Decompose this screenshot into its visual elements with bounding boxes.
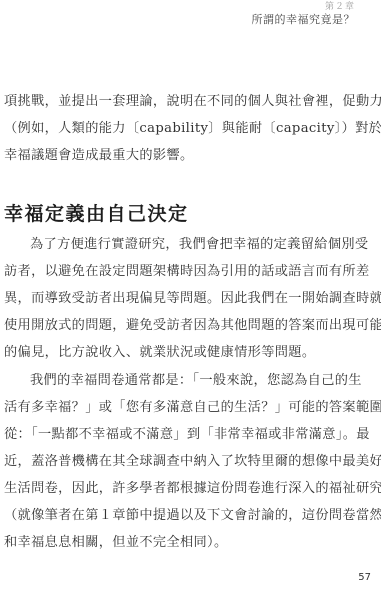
section-heading: 幸福定義由自己決定 <box>4 203 189 225</box>
text-line: 幸福議題會造成最重大的影響。 <box>4 148 344 164</box>
chapter-title: 所謂的幸福究竟是？ <box>252 13 356 26</box>
text-line: 近，蓋洛普機構在其全球調查中納入了坎特里爾的想像中最美好 <box>4 454 344 470</box>
page-number: 57 <box>358 572 371 583</box>
running-header: 第２章 所謂的幸福究竟是？ <box>252 2 356 26</box>
text-line: （例如，人類的能力〔capability〕與能耐〔capacity〕）對於哪些 <box>4 121 344 137</box>
text-line: 使用開放式的問題，避免受訪者因為其他問題的答案而出現可能 <box>4 318 344 334</box>
text-line: 項挑戰，並提出一套理論，說明在不同的個人與社會裡，促動力 <box>4 94 344 110</box>
text-line: 和幸福息息相關，但並不完全相同）。 <box>4 535 344 551</box>
text-line: 我們的幸福問卷通常都是：「一般來說，您認為自己的生 <box>30 373 370 389</box>
text-line: 從：「一點都不幸福或不滿意」到「非常幸福或非常滿意」。最 <box>4 427 344 443</box>
text-line: （就像筆者在第１章節中提過以及下文會討論的，這份問卷當然 <box>4 508 344 524</box>
text-line: 為了方便進行實證研究，我們會把幸福的定義留給個別受 <box>30 237 370 253</box>
text-line: 的偏見，比方說收入、就業狀況或健康情形等問題。 <box>4 345 344 361</box>
text-line: 生活問卷，因此，許多學者都根據這份問卷進行深入的福祉研究 <box>4 481 344 497</box>
text-line: 訪者，以避免在設定問題架構時因為引用的話或語言而有所差 <box>4 264 344 280</box>
chapter-number: 第２章 <box>252 2 356 13</box>
text-line: 活有多幸福？」或「您有多滿意自己的生活？」可能的答案範圍 <box>4 400 344 416</box>
text-line: 異，而導致受訪者出現偏見等問題。因此我們在一開始調查時就 <box>4 291 344 307</box>
